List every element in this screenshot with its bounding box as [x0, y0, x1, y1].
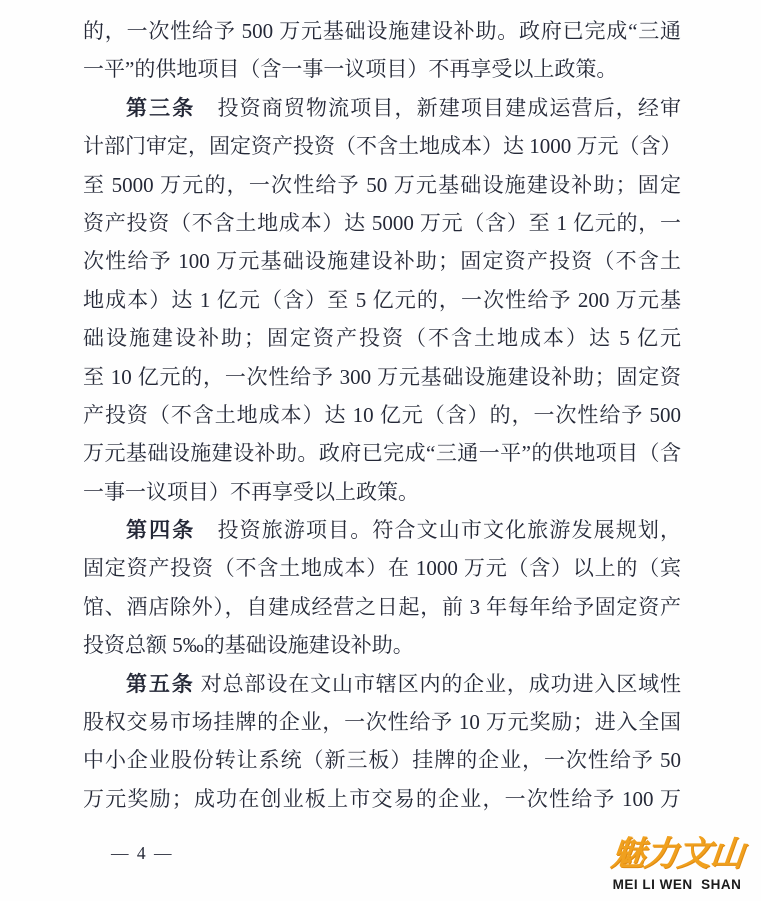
text-line: 计部门审定，固定资产投资（不含土地成本）达 1000 万元（含）: [83, 127, 681, 165]
text-line: 础设施建设补助；固定资产投资（不含土地成本）达 5 亿元（含）: [83, 319, 681, 357]
text-line-content: 至 10 亿元的，一次性给予 300 万元基础设施建设补助；固定资: [83, 365, 681, 389]
text-line-article-4: 第四条 投资旅游项目。符合文山市文化旅游发展规划，: [83, 511, 681, 549]
text-line-content: 础设施建设补助；固定资产投资（不含土地成本）达 5 亿元（含）: [83, 326, 681, 357]
text-line-content: 对总部设在文山市辖区内的企业，成功进入区域性: [195, 672, 681, 696]
text-line-content: 万元基础设施建设补助。政府已完成“三通一平”的供地项目（含: [83, 441, 681, 465]
text-line-content: 资产投资（不含土地成本）达 5000 万元（含）至 1 亿元的，一: [83, 211, 681, 235]
text-line: 的，一次性给予 500 万元基础设施建设补助。政府已完成“三通: [83, 12, 681, 50]
page-number: — 4 —: [111, 843, 174, 864]
text-line: 中小企业股份转让系统（新三板）挂牌的企业，一次性给予 50: [83, 741, 681, 779]
text-line: 资产投资（不含土地成本）达 5000 万元（含）至 1 亿元的，一: [83, 204, 681, 242]
text-line: 地成本）达 1 亿元（含）至 5 亿元的，一次性给予 200 万元基: [83, 281, 681, 319]
text-line-content: 馆、酒店除外），自建成经营之日起，前 3 年每年给予固定资产: [83, 595, 681, 619]
text-line: 股权交易市场挂牌的企业，一次性给予 10 万元奖励；进入全国: [83, 703, 681, 741]
text-line-content: 股权交易市场挂牌的企业，一次性给予 10 万元奖励；进入全国: [83, 710, 681, 734]
text-line-content: 固定资产投资（不含土地成本）在 1000 万元（含）以上的（宾: [83, 556, 681, 580]
text-line-content: 至 5000 万元的，一次性给予 50 万元基础设施建设补助；固定: [83, 173, 681, 197]
text-line-content: 的，一次性给予 500 万元基础设施建设补助。政府已完成“三通: [83, 19, 681, 43]
text-line: 一事一议项目）不再享受以上政策。: [83, 473, 681, 511]
article-number-bold: 第三条: [126, 96, 195, 120]
logo-english-text: MEI LI WEN SHAN: [602, 877, 752, 892]
text-line: 次性给予 100 万元基础设施建设补助；固定资产投资（不含土: [83, 242, 681, 280]
text-line-content: 地成本）达 1 亿元（含）至 5 亿元的，一次性给予 200 万元基: [83, 288, 681, 312]
text-line-content: 投资旅游项目。符合文山市文化旅游发展规划，: [195, 518, 681, 542]
logo-chinese-calligraphy: 魅力文山: [600, 834, 754, 876]
text-line: 万元奖励；成功在创业板上市交易的企业，一次性给予 100 万: [83, 780, 681, 818]
text-line-content: 中小企业股份转让系统（新三板）挂牌的企业，一次性给予 50: [83, 748, 681, 772]
text-line: 万元基础设施建设补助。政府已完成“三通一平”的供地项目（含: [83, 434, 681, 472]
text-line-content: 投资商贸物流项目，新建项目建成运营后，经审: [195, 96, 681, 120]
text-line-article-5: 第五条 对总部设在文山市辖区内的企业，成功进入区域性: [83, 665, 681, 703]
text-line: 产投资（不含土地成本）达 10 亿元（含）的，一次性给予 500: [83, 396, 681, 434]
document-body: 的，一次性给予 500 万元基础设施建设补助。政府已完成“三通 一平”的供地项目…: [83, 12, 681, 818]
text-line: 一平”的供地项目（含一事一议项目）不再享受以上政策。: [83, 50, 681, 88]
text-line-article-3: 第三条 投资商贸物流项目，新建项目建成运营后，经审: [83, 89, 681, 127]
text-line-content: 一平”的供地项目（含一事一议项目）不再享受以上政策。: [83, 57, 617, 81]
text-line-content: 万元奖励；成功在创业板上市交易的企业，一次性给予 100 万: [83, 787, 681, 811]
text-line: 至 5000 万元的，一次性给予 50 万元基础设施建设补助；固定: [83, 166, 681, 204]
document-page: 的，一次性给予 500 万元基础设施建设补助。政府已完成“三通 一平”的供地项目…: [0, 0, 761, 901]
text-line: 投资总额 5‰的基础设施建设补助。: [83, 626, 681, 664]
text-line-content: 产投资（不含土地成本）达 10 亿元（含）的，一次性给予 500: [83, 403, 681, 427]
text-line-content: 一事一议项目）不再享受以上政策。: [83, 480, 419, 504]
text-line-content: 计部门审定，固定资产投资（不含土地成本）达 1000 万元（含）: [83, 134, 681, 158]
text-line: 至 10 亿元的，一次性给予 300 万元基础设施建设补助；固定资: [83, 358, 681, 396]
article-number-bold: 第四条: [126, 518, 195, 542]
text-line: 馆、酒店除外），自建成经营之日起，前 3 年每年给予固定资产: [83, 588, 681, 626]
article-number-bold: 第五条: [126, 672, 195, 696]
text-line-content: 次性给予 100 万元基础设施建设补助；固定资产投资（不含土: [83, 249, 681, 273]
text-line: 固定资产投资（不含土地成本）在 1000 万元（含）以上的（宾: [83, 549, 681, 587]
meili-wenshan-logo: 魅力文山 MEI LI WEN SHAN: [602, 834, 752, 892]
text-line-content: 投资总额 5‰的基础设施建设补助。: [83, 633, 414, 657]
